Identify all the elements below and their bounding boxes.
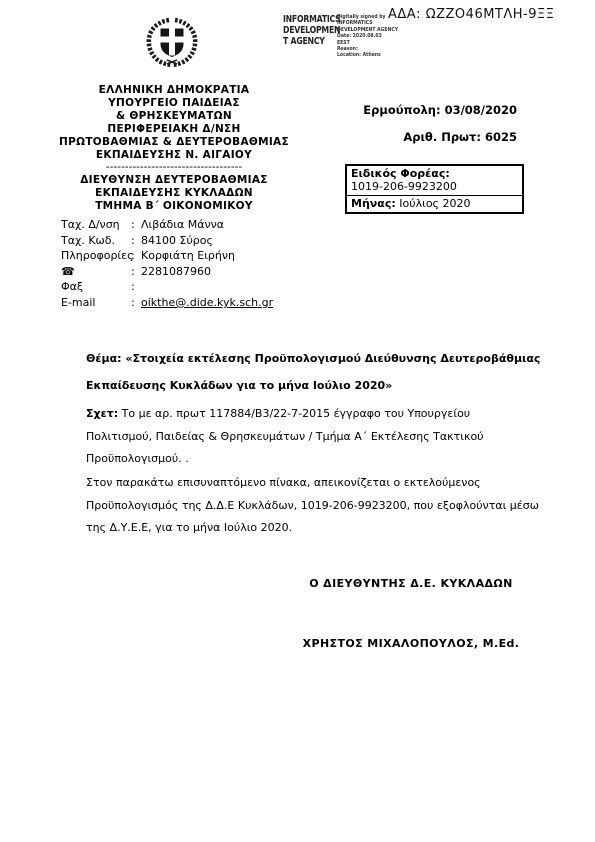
contact-label: Πληροφορίες [61,249,131,262]
colon: : [131,296,141,309]
colon: : [131,218,141,231]
greek-emblem-icon [139,16,205,68]
contact-value: Κορφιάτη Ειρήνη [141,249,235,262]
body-paragraph: Στον παρακάτω επισυναπτόμενο πίνακα, απε… [86,472,556,540]
agency-code-label: Ειδικός Φορέας: [351,167,518,180]
city-date: Ερμούπολη: 03/08/2020 [345,103,517,117]
colon: : [131,280,141,293]
contact-row-postal-code: Ταχ. Κωδ. : 84100 Σύρος [61,234,273,250]
colon: : [131,234,141,247]
email-link[interactable]: oikthe@.dide.kyk.sch.gr [141,296,273,309]
digital-signature-stamp: INFORMATICS DEVELOPMEN T AGENCY Digitall… [283,14,403,59]
contact-label: E-mail [61,296,131,309]
contact-value: 2281087960 [141,265,211,278]
contact-label: Ταχ. Δ/νση [61,218,131,231]
ada-code: ΑΔΑ: ΩΖΖΟ46ΜΤΛΗ-9ΞΞ [388,7,554,22]
subject-paragraph: Θέμα: «Στοιχεία εκτέλεσης Προϋπολογισμού… [86,346,546,399]
letterhead-line: ΤΜΗΜΑ Β΄ ΟΙΚΟΝΟΜΙΚΟΥ [57,200,291,213]
stamp-signature-details: Digitally signed by INFORMATICS DEVELOPM… [337,14,398,59]
letterhead-line: ΕΚΠΑΙΔΕΥΣΗΣ Ν. ΑΙΓΑΙΟΥ [57,149,291,162]
letterhead-line: ΕΚΠΑΙΔΕΥΣΗΣ ΚΥΚΛΑΔΩΝ [57,187,291,200]
contact-value: 84100 Σύρος [141,234,213,247]
colon: : [131,249,141,262]
contact-row-information: Πληροφορίες : Κορφιάτη Ειρήνη [61,249,273,265]
contact-row-address: Ταχ. Δ/νση : Λιβάδια Μάννα [61,218,273,234]
signature-title: Ο ΔΙΕΥΘΥΝΤΗΣ Δ.Ε. ΚΥΚΛΑΔΩΝ [300,577,522,590]
agency-code-value: 1019-206-9923200 [351,180,518,193]
letterhead-divider: ------------------------------------ [57,161,291,174]
related-text: Το με αρ. πρωτ 117884/Β3/22-7-2015 έγγρα… [86,407,484,465]
month-label: Μήνας: [351,197,396,210]
reference-block: Ερμούπολη: 03/08/2020 Αριθ. Πρωτ: 6025 [345,103,517,144]
letterhead-line: ΕΛΛΗΝΙΚΗ ΔΗΜΟΚΡΑΤΙΑ [57,84,291,97]
letterhead-line: ΠΕΡΙΦΕΡΕΙΑΚΗ Δ/ΝΣΗ [57,123,291,136]
contact-row-email: E-mail : oikthe@.dide.kyk.sch.gr [61,296,273,312]
contact-block: Ταχ. Δ/νση : Λιβάδια Μάννα Ταχ. Κωδ. : 8… [61,218,273,312]
contact-value: Λιβάδια Μάννα [141,218,224,231]
related-paragraph: Σχετ: Το με αρ. πρωτ 117884/Β3/22-7-2015… [86,403,546,471]
document-page: ΑΔΑ: ΩΖΖΟ46ΜΤΛΗ-9ΞΞ INFORMATICS DEVELOPM… [0,0,595,842]
letterhead-line: & ΘΡΗΣΚΕΥΜΑΤΩΝ [57,110,291,123]
agency-month-box: Ειδικός Φορέας: 1019-206-9923200 Μήνας: … [345,164,524,214]
letterhead-line: ΠΡΩΤΟΒΑΘΜΙΑΣ & ΔΕΥΤΕΡΟΒΑΘΜΙΑΣ [57,136,291,149]
contact-row-fax: Φαξ : [61,280,273,296]
telephone-icon: ☎ [61,265,131,278]
related-label: Σχετ: [86,407,118,420]
protocol-number: Αριθ. Πρωτ: 6025 [345,130,517,144]
colon: : [131,265,141,278]
month-value: Ιούλιος 2020 [399,197,470,210]
letterhead: ΕΛΛΗΝΙΚΗ ΔΗΜΟΚΡΑΤΙΑ ΥΠΟΥΡΓΕΙΟ ΠΑΙΔΕΙΑΣ &… [57,84,291,213]
contact-row-phone: ☎ : 2281087960 [61,265,273,281]
contact-label: Ταχ. Κωδ. [61,234,131,247]
stamp-agency-name: INFORMATICS DEVELOPMEN T AGENCY [283,14,331,59]
month-cell: Μήνας: Ιούλιος 2020 [347,195,522,212]
signature-name: ΧΡΗΣΤΟΣ ΜΙΧΑΛΟΠΟΥΛΟΣ, M.Ed. [295,637,527,650]
letterhead-line: ΥΠΟΥΡΓΕΙΟ ΠΑΙΔΕΙΑΣ [57,97,291,110]
contact-label: Φαξ [61,280,131,293]
agency-code-cell: Ειδικός Φορέας: 1019-206-9923200 [347,166,522,195]
letterhead-line: ΔΙΕΥΘΥΝΣΗ ΔΕΥΤΕΡΟΒΑΘΜΙΑΣ [57,174,291,187]
